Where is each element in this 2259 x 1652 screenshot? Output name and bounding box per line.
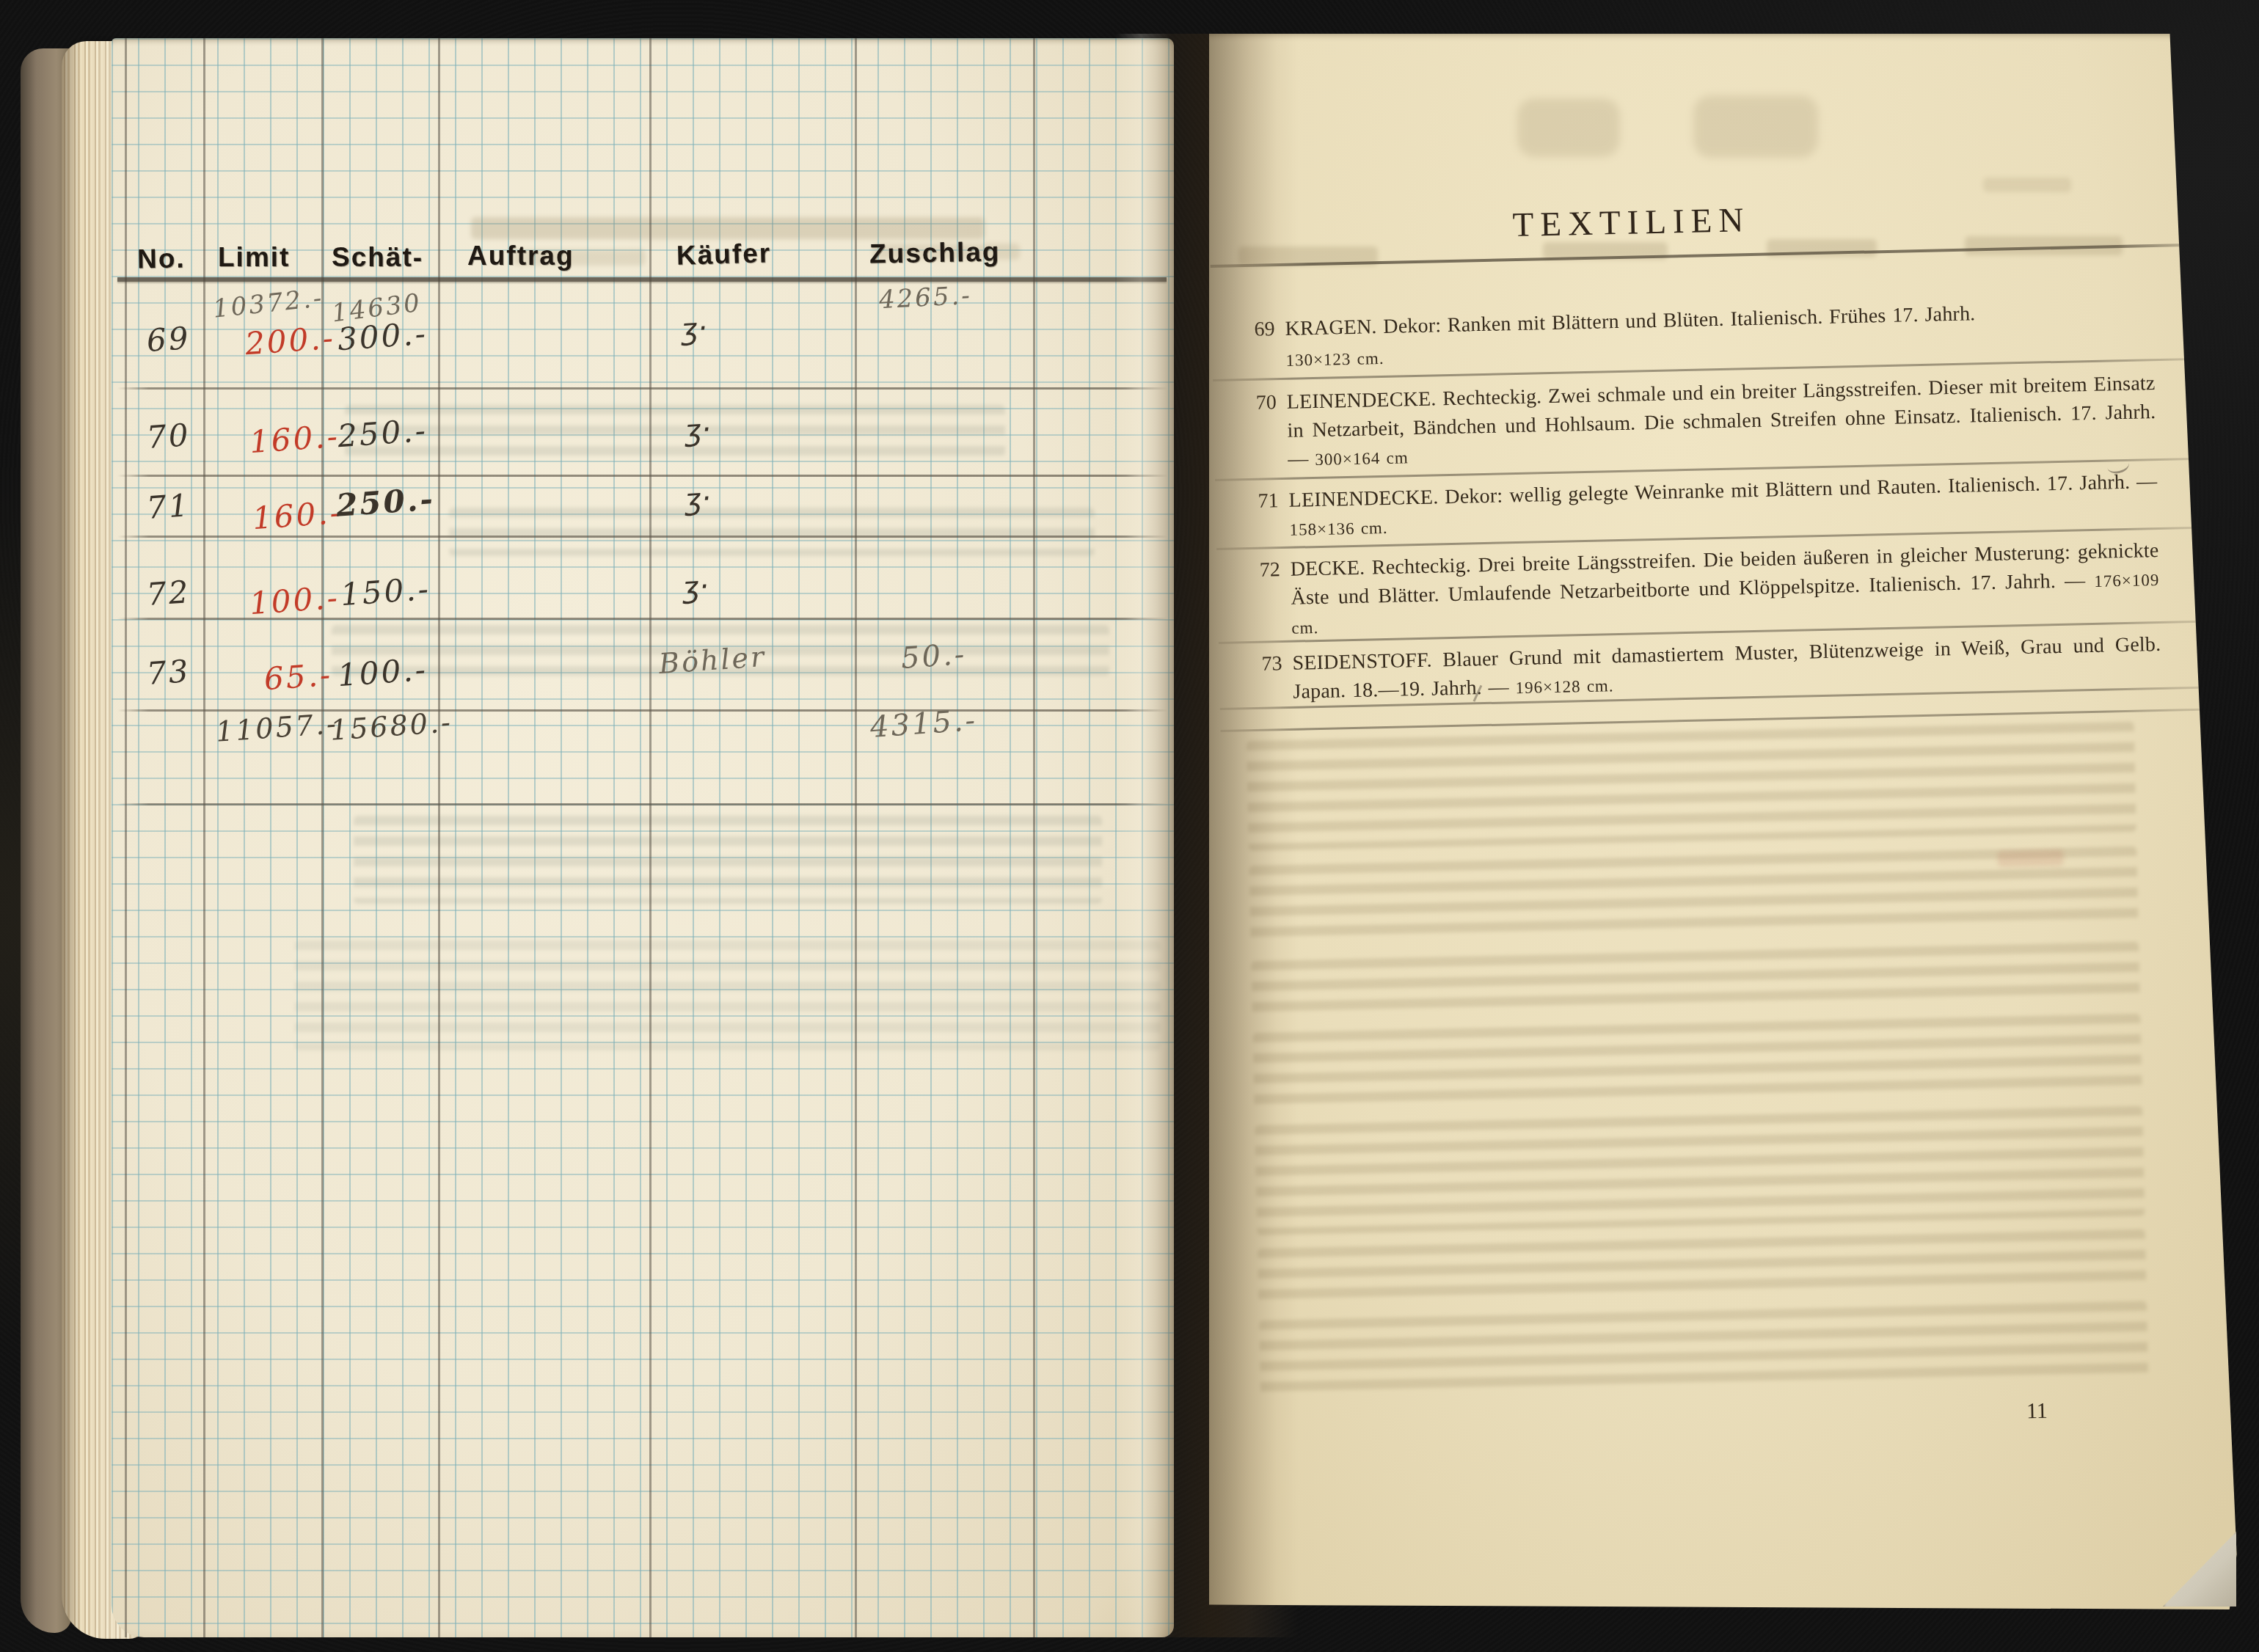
entry-dimensions: 300×164 cm [1315, 448, 1409, 469]
showthrough-text [449, 508, 1095, 556]
showthrough-text [345, 405, 1005, 456]
catalog-entry: 72 DECKE. Rechteckig. Drei breite Längss… [1241, 536, 2160, 643]
page-number: 11 [2026, 1399, 2048, 1425]
row-73-limit: 65.- [263, 657, 333, 697]
entry-text: SEIDENSTOFF. Blauer Grund mit damastiert… [1292, 630, 2161, 707]
ledger-page: No. Limit Schät- Auftrag Käufer Zuschlag… [112, 38, 1174, 1637]
carryover-limit: 10372.- [211, 283, 325, 324]
showthrough-text [1258, 1229, 2146, 1306]
row-69-schaet: 300.- [336, 315, 428, 357]
row-separator [117, 803, 1168, 805]
entry-text: DECKE. Rechteckig. Drei breite Längsstre… [1290, 536, 2160, 643]
showthrough-red-numerals [1997, 849, 2063, 867]
total-zuschlag: 4315.- [869, 703, 979, 745]
showthrough-text [1249, 847, 2138, 943]
entry-dimensions: 158×136 cm. [1289, 519, 1388, 539]
header-kaeufer: Käufer [676, 238, 771, 271]
header-zuschlag: Zuschlag [869, 236, 1001, 269]
catalog-entry: 70 LEINENDECKE. Rechteckig. Zwei schmale… [1238, 369, 2156, 475]
row-73-kaeufer: Böhler [658, 640, 767, 680]
showthrough-text [295, 940, 1161, 1050]
row-separator [117, 387, 1168, 390]
showthrough-text [354, 816, 1102, 904]
row-73-schaet: 100.- [336, 651, 428, 693]
row-70-no: 70 [145, 417, 191, 456]
entry-number: 73 [1244, 649, 1293, 708]
entry-separator [1220, 709, 2203, 732]
row-69-no: 69 [145, 320, 191, 359]
header-rule [117, 277, 1167, 282]
header-limit: Limit [218, 242, 290, 273]
showthrough-text [1255, 1106, 2145, 1235]
entry-description: DECKE. Rechteckig. Drei breite Längsstre… [1290, 539, 2158, 610]
entry-number: 71 [1240, 486, 1290, 545]
entry-dimensions: 196×128 cm. [1515, 676, 1614, 697]
entry-number: 69 [1236, 315, 1286, 376]
row-70-kaeufer: ʒ· [683, 413, 712, 448]
row-73-no: 73 [145, 653, 191, 692]
row-73-zuschlag: 50.- [900, 637, 968, 676]
book-scan: No. Limit Schät- Auftrag Käufer Zuschlag… [0, 0, 2259, 1652]
row-71-kaeufer: ʒ· [683, 482, 712, 517]
row-71-schaet: 250.- [335, 480, 436, 523]
catalog-page: TEXTILIEN 69 KRAGEN. Dekor: Ranken mit B… [1209, 34, 2238, 1609]
header-auftrag: Auftrag [467, 241, 574, 271]
showthrough-letter [1693, 95, 1818, 158]
entry-description: LEINENDECKE. Rechteckig. Zwei schmale un… [1286, 372, 2156, 471]
row-separator [117, 475, 1168, 477]
showthrough-text [1247, 722, 2136, 851]
row-72-schaet: 150.- [339, 571, 431, 613]
row-71-no: 71 [145, 487, 191, 526]
header-no: No. [137, 243, 186, 274]
entry-number: 72 [1241, 555, 1292, 643]
row-69-limit: 200.- [244, 320, 336, 362]
row-71-limit: 160.- [251, 494, 343, 536]
entry-text: LEINENDECKE. Rechteckig. Zwei schmale un… [1286, 369, 2156, 475]
showthrough-letter [1517, 98, 1620, 157]
row-70-limit: 160.- [248, 418, 340, 460]
entry-description: SEIDENSTOFF. Blauer Grund mit damastiert… [1292, 633, 2161, 703]
total-limit: 11057.- [215, 707, 339, 748]
showthrough-text [1251, 942, 2139, 1018]
showthrough-text [1259, 1301, 2148, 1397]
catalog-entry: 73 SEIDENSTOFF. Blauer Grund mit damasti… [1244, 630, 2161, 708]
catalog-entry: 71 LEINENDECKE. Dekor: wellig gelegte We… [1240, 467, 2158, 545]
row-separator [117, 536, 1168, 538]
showthrough-heading [471, 217, 985, 239]
section-title: TEXTILIEN [1224, 194, 2039, 251]
total-schaet: 15680.- [329, 706, 453, 747]
row-72-no: 72 [145, 574, 191, 613]
row-72-limit: 100.- [248, 580, 340, 621]
row-72-kaeufer: ʒ· [681, 570, 709, 605]
showthrough-text [1252, 1014, 2142, 1110]
entry-number: 70 [1238, 388, 1288, 475]
row-70-schaet: 250.- [336, 412, 428, 454]
catalog-content: TEXTILIEN 69 KRAGEN. Dekor: Ranken mit B… [1223, 169, 2230, 1650]
header-schaet: Schät- [332, 242, 423, 273]
carryover-zuschlag: 4265.- [878, 281, 973, 315]
entry-text: LEINENDECKE. Dekor: wellig gelegte Weinr… [1288, 467, 2158, 544]
row-69-kaeufer: ʒ· [679, 312, 708, 347]
